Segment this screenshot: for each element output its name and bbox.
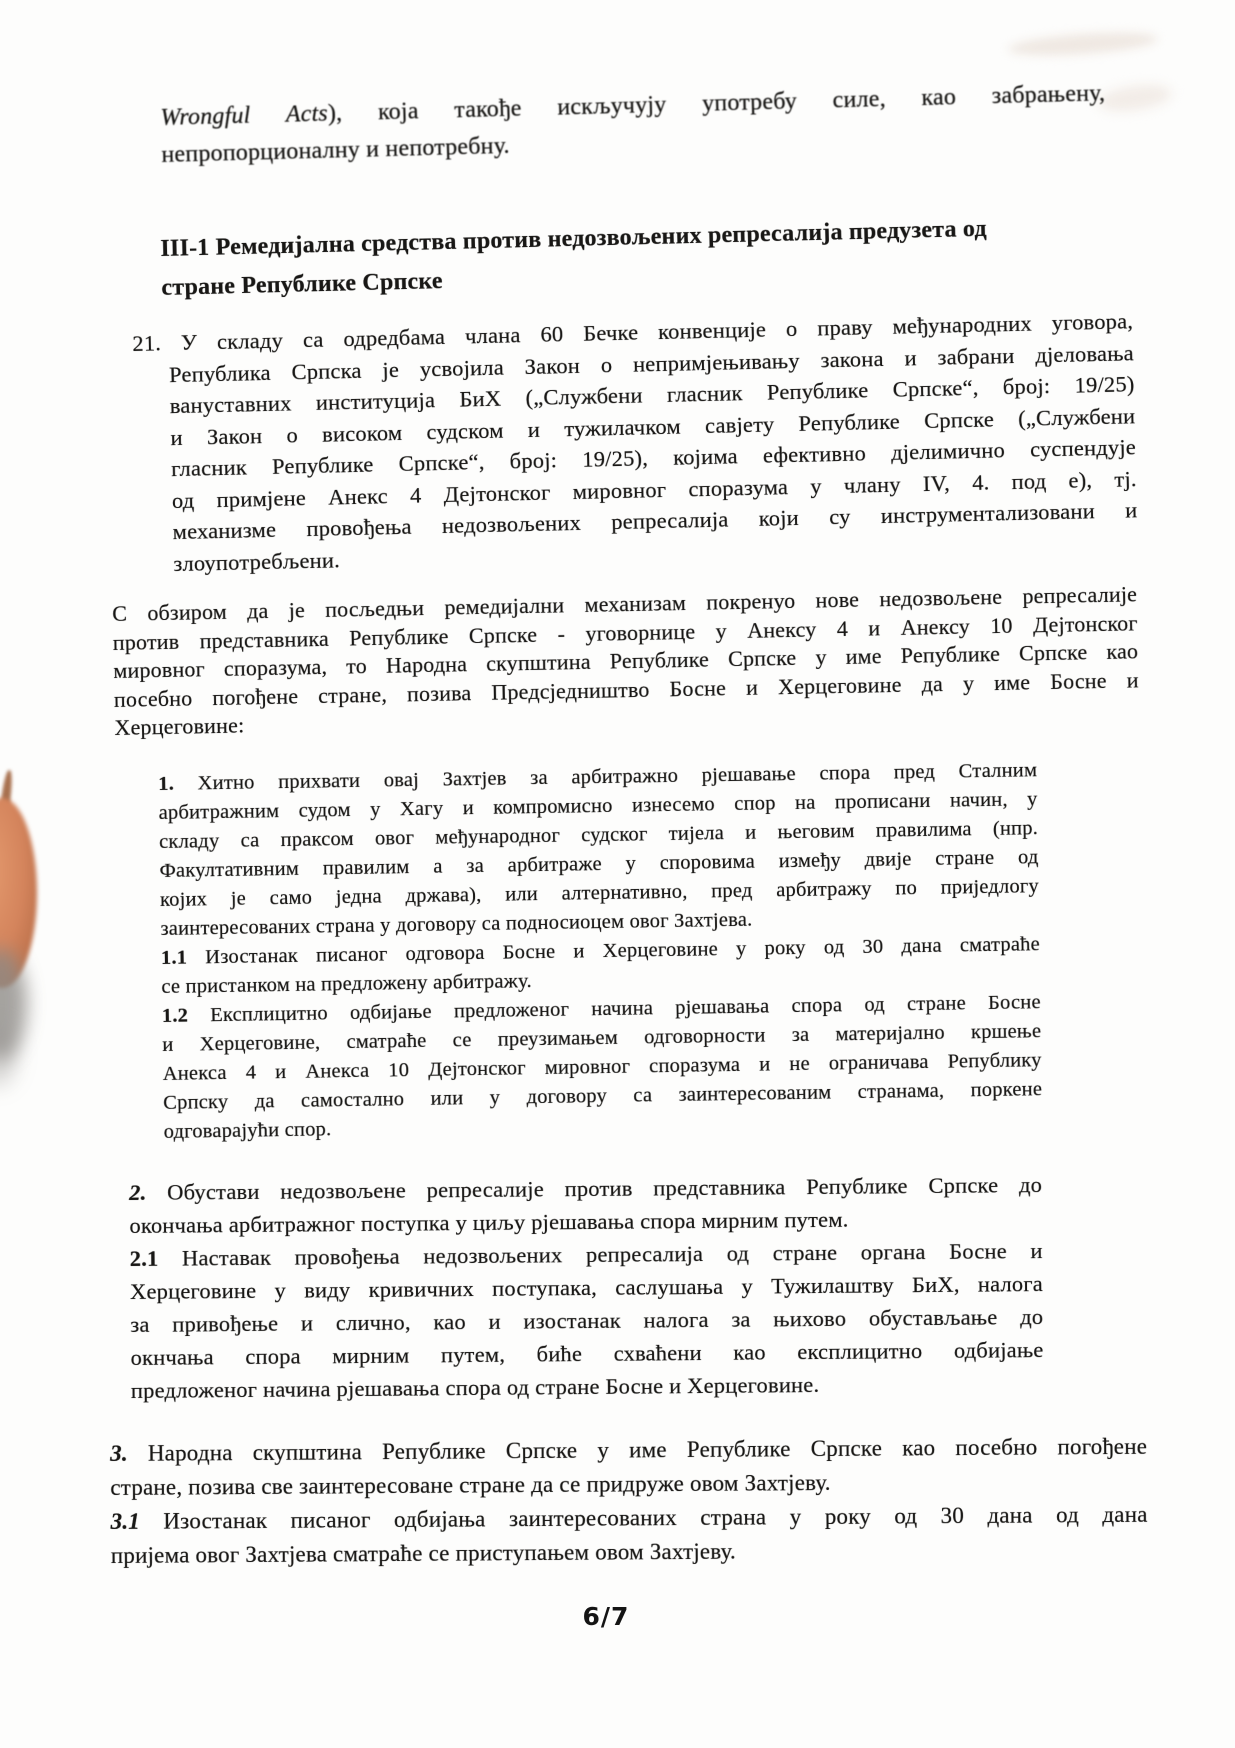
scan-smudge bbox=[1097, 81, 1174, 115]
section-heading: III-1 Ремедијална средства против недозв… bbox=[160, 208, 1047, 308]
text-segment: Народна скупштина Републике Српске у име… bbox=[148, 1434, 1147, 1466]
text-segment: Херцеговине: bbox=[114, 712, 244, 739]
paragraph-s-obzirom: С обзиром да је посљедњи ремедијални мех… bbox=[112, 580, 1140, 742]
text-segment: 2. bbox=[129, 1180, 167, 1205]
demand-3: 3. Народна скупштина Републике Српске у … bbox=[110, 1430, 1148, 1573]
text-segment: Обустави недозвољене репресалије против … bbox=[167, 1172, 1042, 1205]
text-segment: Наставак провођења недозвољених репресал… bbox=[182, 1238, 1043, 1271]
text-segment: стране Републике Српске bbox=[161, 268, 443, 301]
text-segment: 1. bbox=[158, 772, 198, 795]
text-line: 3.1 Изостанак писаног одбијања заинтерес… bbox=[110, 1498, 1147, 1539]
text-segment: Херцеговине у виду кривичних поступака, … bbox=[130, 1271, 1043, 1304]
text-segment: пријема овог Захтјева сматраће се присту… bbox=[111, 1539, 736, 1568]
demand-2: 2. Обустави недозвољене репресалије прот… bbox=[129, 1168, 1044, 1407]
demand-1: 1. Хитно прихвати овај Захтјев за арбитр… bbox=[158, 756, 1043, 1147]
text-segment: 2.1 bbox=[130, 1246, 182, 1271]
text-segment: Wrongful Acts bbox=[160, 101, 328, 131]
text-segment: се пристанком на предложену арбитражу. bbox=[161, 970, 532, 998]
text-line: предложеног начина рјешавања спора од ст… bbox=[131, 1366, 1044, 1407]
item-21: 21. У складу са одредбама члана 60 Бечке… bbox=[132, 305, 1138, 580]
text-line: 3. Народна скупштина Републике Српске у … bbox=[110, 1430, 1147, 1471]
text-segment: предложеног начина рјешавања спора од ст… bbox=[131, 1372, 820, 1403]
text-segment: за привођење и слично, као и изостанак н… bbox=[130, 1304, 1043, 1337]
intro-paragraph: Wrongful Acts), која такође искључују уп… bbox=[160, 75, 1107, 174]
text-segment: непропорционалну и непотребну. bbox=[161, 133, 510, 168]
text-segment: Изостанак писаног одбијања заинтересован… bbox=[163, 1502, 1147, 1534]
text-line: пријема овог Захтјева сматраће се присту… bbox=[111, 1532, 1148, 1573]
text-segment: 1.1 bbox=[161, 946, 206, 969]
text-segment: 1.2 bbox=[162, 1004, 211, 1027]
text-segment: 3. bbox=[110, 1441, 148, 1466]
text-segment: окончања арбитражног поступка у циљу рје… bbox=[129, 1207, 848, 1238]
document-page: Wrongful Acts), која такође искључују уп… bbox=[0, 0, 1235, 1748]
text-segment: стране, позива све заинтересоване стране… bbox=[110, 1470, 831, 1500]
text-segment: окнчања спора мирним путем, биће схваћен… bbox=[130, 1337, 1043, 1370]
text-segment: одговарајући спор. bbox=[164, 1118, 332, 1143]
text-segment: злоупотребљени. bbox=[173, 547, 340, 576]
scan-smudge bbox=[1007, 29, 1158, 59]
page-number: 6/7 bbox=[0, 1602, 1212, 1631]
text-segment: 3.1 bbox=[111, 1509, 164, 1534]
